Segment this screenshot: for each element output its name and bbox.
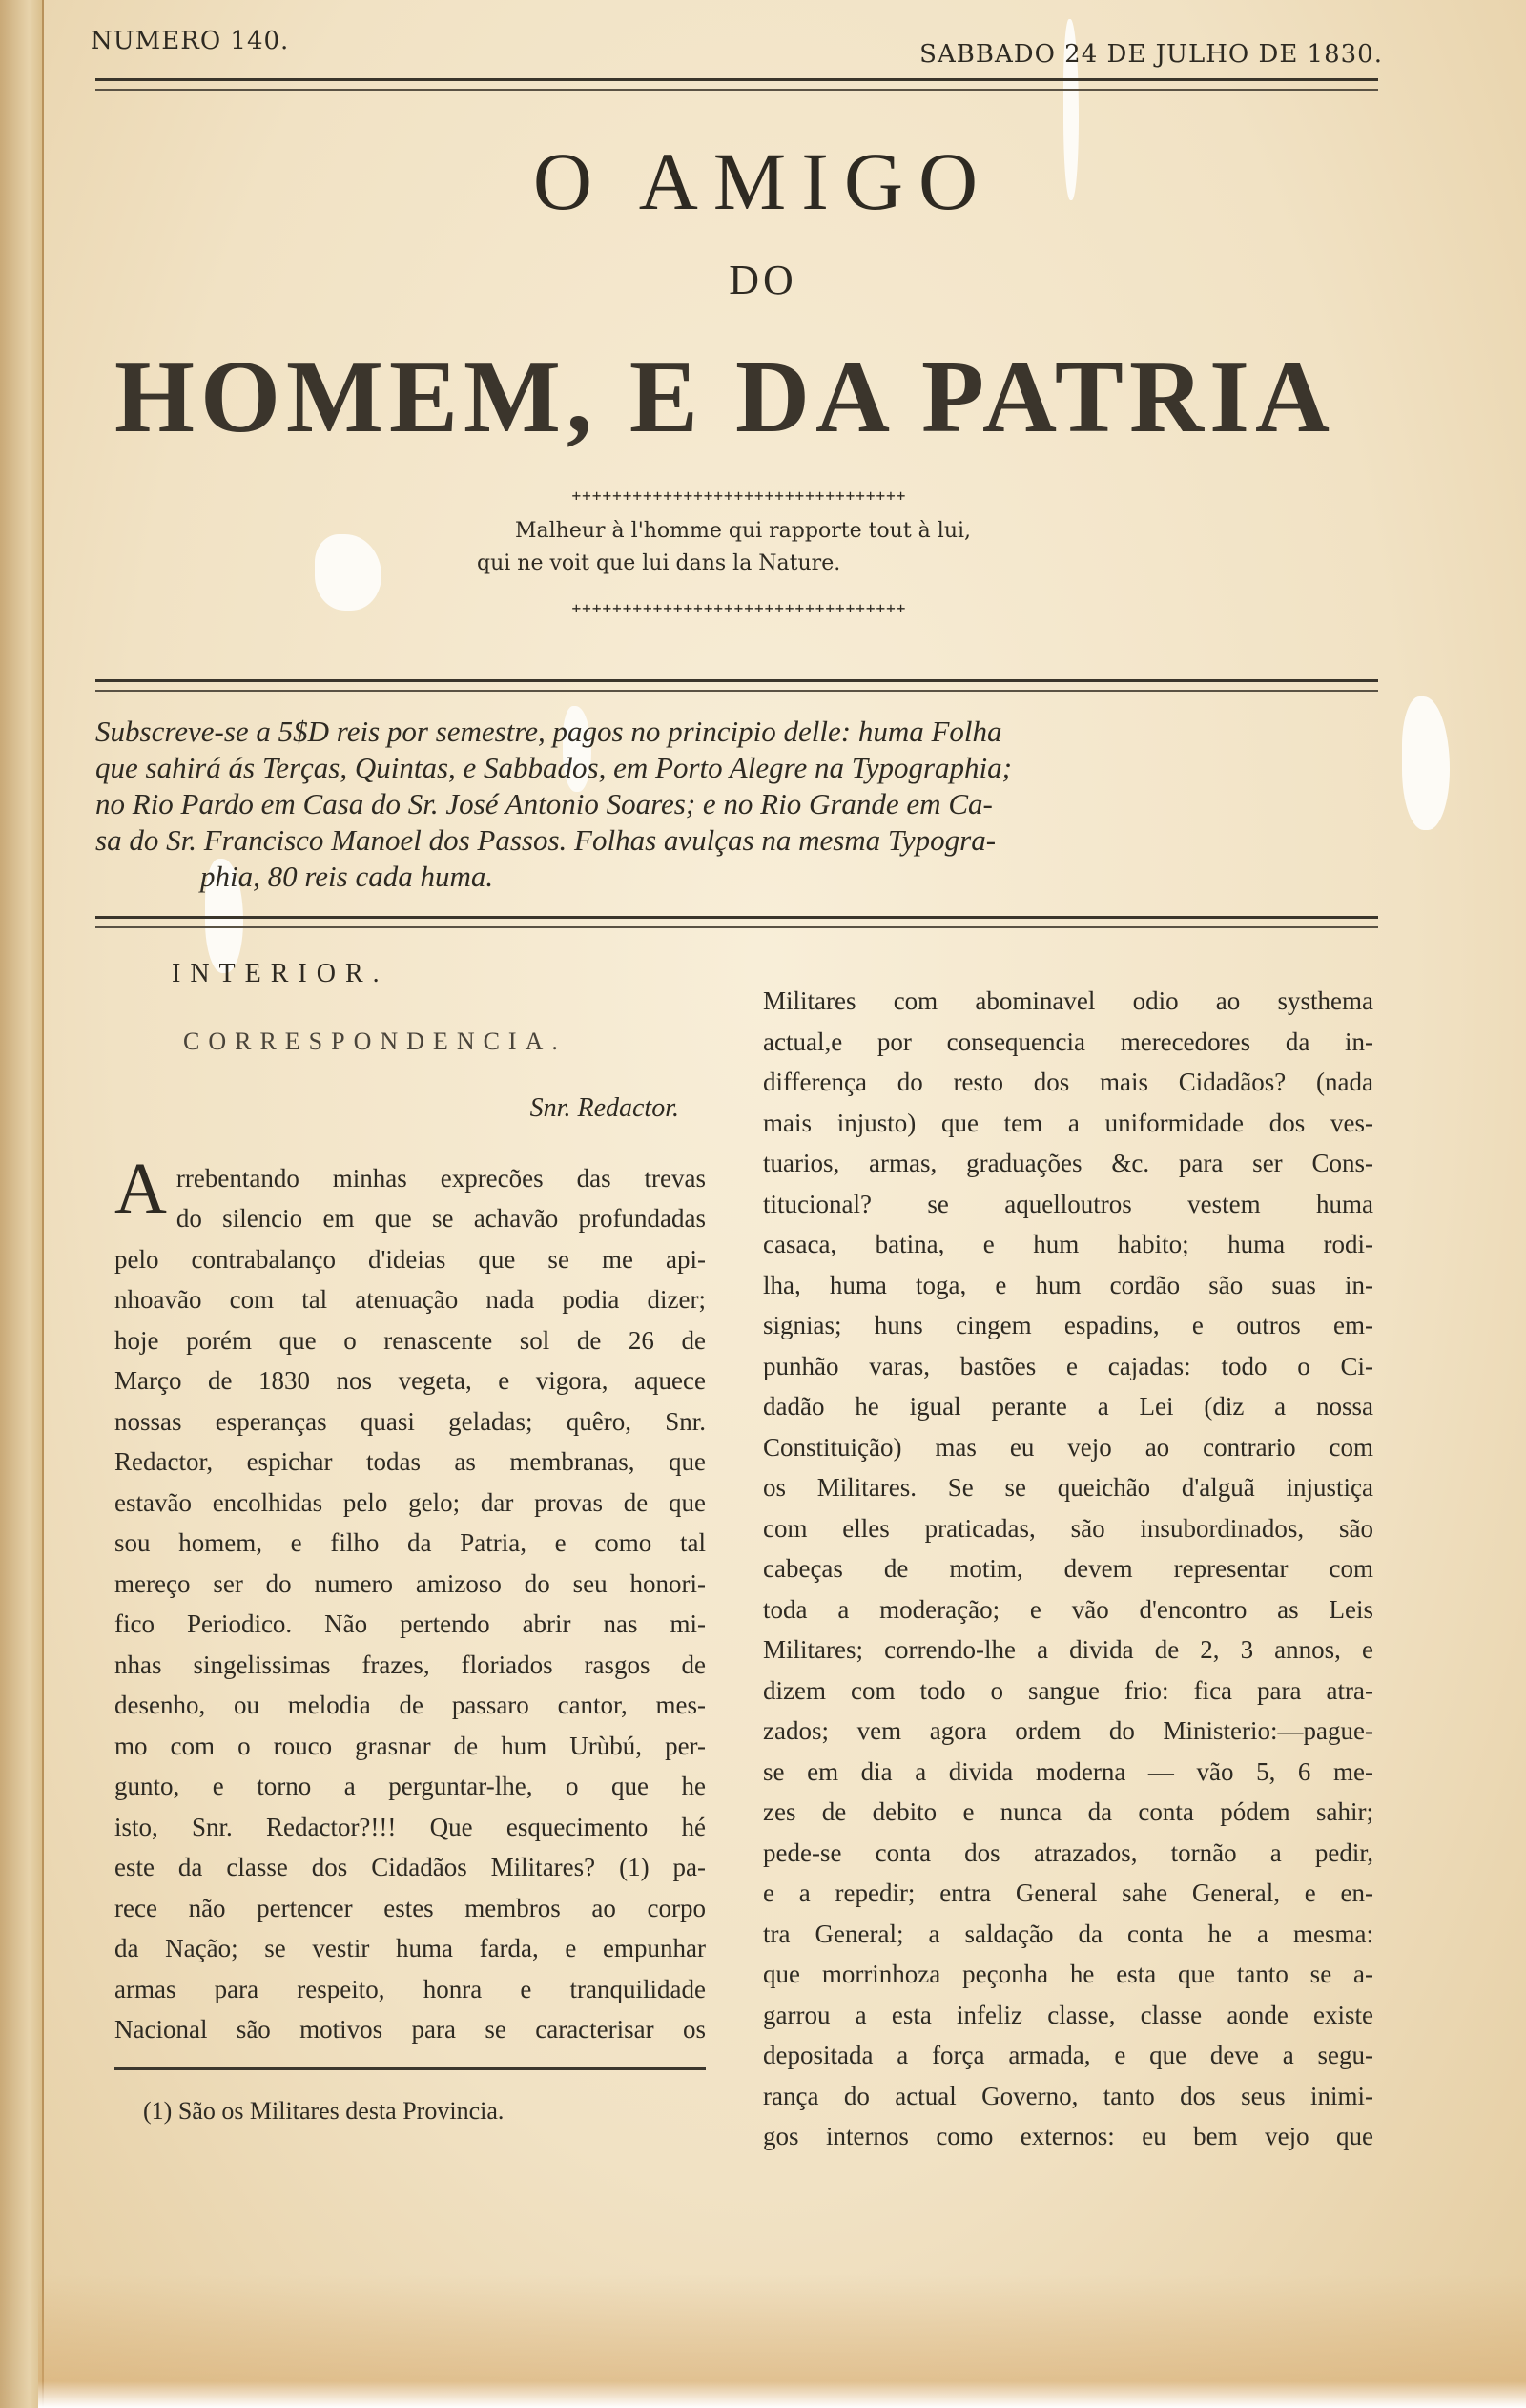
text-line: zes de debito e nunca da conta pódem sah… <box>763 1792 1373 1833</box>
salutation: Snr. Redactor. <box>114 1089 706 1130</box>
subscription-line: no Rio Pardo em Casa do Sr. José Antonio… <box>95 786 1392 822</box>
footnote: (1) São os Militares desta Provincia. <box>114 2091 706 2132</box>
drop-cap: A <box>114 1160 167 1217</box>
title-line-1: O AMIGO <box>0 134 1526 229</box>
text-line: e a repedir; entra General sahe General,… <box>763 1873 1373 1914</box>
text-line: Redactor, espichar todas as membranas, q… <box>114 1442 706 1483</box>
subscription-notice: Subscreve-se a 5$D reis por semestre, pa… <box>95 714 1392 895</box>
text-line: Constituição) mas eu vejo ao contrario c… <box>763 1427 1373 1468</box>
text-line: com elles praticadas, são insubordinados… <box>763 1508 1373 1549</box>
text-line: Nacional são motivos para se caracterisa… <box>114 2009 706 2050</box>
text-line: pede-se conta dos atrazados, tornão a pe… <box>763 1833 1373 1874</box>
issue-number: NUMERO 140. <box>91 27 289 55</box>
subscription-line: phia, 80 reis cada huma. <box>95 859 1392 895</box>
ornament-rule-bottom: +++++++++++++++++++++++++++++++++ <box>486 599 992 617</box>
text-line: da Nação; se vestir huma farda, e empunh… <box>114 1928 706 1969</box>
text-line: os Militares. Se se queichão d'alguã inj… <box>763 1467 1373 1508</box>
text-line: depositada a força armada, e que deve a … <box>763 2035 1373 2076</box>
footnote-rule <box>114 2067 706 2070</box>
text-line: armas para respeito, honra e tranquilida… <box>114 1969 706 2010</box>
text-line: Militares com abominavel odio ao systhem… <box>763 981 1373 1022</box>
text-line: rança do actual Governo, tanto dos seus … <box>763 2076 1373 2117</box>
text-line: rece não pertencer estes membros ao corp… <box>114 1888 706 1929</box>
ornament-rule-top: +++++++++++++++++++++++++++++++++ <box>486 487 992 505</box>
text-line: nossas esperanças quasi geladas; quêro, … <box>114 1401 706 1443</box>
text-line: tuarios, armas, graduações &c. para ser … <box>763 1143 1373 1184</box>
text-line: estavão encolhidas pelo gelo; dar provas… <box>114 1483 706 1524</box>
epigraph-line-1: Malheur à l'homme qui rapporte tout à lu… <box>477 515 1011 548</box>
text-line: gunto, e torno a perguntar-lhe, o que he <box>114 1766 706 1807</box>
text-line: nhas singelissimas frazes, floriados ras… <box>114 1645 706 1686</box>
text-line: lha, huma toga, e hum cordão são suas in… <box>763 1265 1373 1306</box>
text-line: nhoavão com tal atenuação nada podia diz… <box>114 1279 706 1320</box>
title-line-2: DO <box>0 256 1526 304</box>
text-line: gos internos como externos: eu bem vejo … <box>763 2116 1373 2157</box>
text-line: Março de 1830 nos vegeta, e vigora, aque… <box>114 1360 706 1401</box>
text-line: mais injusto) que tem a uniformidade dos… <box>763 1103 1373 1144</box>
text-line: zados; vem agora ordem do Ministerio:—pa… <box>763 1711 1373 1752</box>
text-line: cabeças de motim, devem representar com <box>763 1548 1373 1589</box>
text-line: mo com o rouco grasnar de hum Urùbú, per… <box>114 1726 706 1767</box>
text-line: signias; huns cingem espadins, e outros … <box>763 1305 1373 1346</box>
binding-spine <box>0 0 44 2408</box>
water-stain <box>38 2274 1526 2408</box>
subsection-heading: CORRESPONDENCIA. <box>114 1022 706 1063</box>
subscription-line: que sahirá ás Terças, Quintas, e Sabbado… <box>95 750 1392 786</box>
text-line: sou homem, e filho da Patria, e como tal <box>114 1523 706 1564</box>
subscription-top-rule <box>95 679 1378 692</box>
epigraph-line-2: qui ne voit que lui dans la Nature. <box>477 548 1011 580</box>
text-line: desenho, ou melodia de passaro cantor, m… <box>114 1685 706 1726</box>
text-line: rrebentando minhas exprecões das trevas <box>114 1158 706 1199</box>
text-line: titucional? se aquelloutros vestem huma <box>763 1184 1373 1225</box>
subscription-line: sa do Sr. Francisco Manoel dos Passos. F… <box>95 822 1392 859</box>
text-line: Militares; correndo-lhe a divida de 2, 3… <box>763 1630 1373 1671</box>
text-line: dadão he igual perante a Lei (diz a noss… <box>763 1386 1373 1427</box>
text-line: actual,e por consequencia merecedores da… <box>763 1022 1373 1063</box>
subscription-line: Subscreve-se a 5$D reis por semestre, pa… <box>95 714 1392 750</box>
section-heading: INTERIOR. <box>114 954 706 995</box>
text-line: se em dia a divida moderna — vão 5, 6 me… <box>763 1752 1373 1793</box>
subscription-bottom-rule <box>95 916 1378 928</box>
text-line: hoje porém que o renascente sol de 26 de <box>114 1320 706 1361</box>
masthead-rule <box>95 78 1378 91</box>
text-line: punhão varas, bastões e cajadas: todo o … <box>763 1346 1373 1387</box>
text-line: garrou a esta infeliz classe, classe aon… <box>763 1995 1373 2036</box>
title-line-3: HOMEM, E DA PATRIA <box>91 339 1359 457</box>
text-line: casaca, batina, e hum habito; huma rodi- <box>763 1224 1373 1265</box>
right-column: Militares com abominavel odio ao systhem… <box>763 981 1373 2157</box>
text-line: que morrinhoza peçonha he esta que tanto… <box>763 1954 1373 1995</box>
text-line: este da classe dos Cidadãos Militares? (… <box>114 1847 706 1888</box>
issue-date: SABBADO 24 DE JULHO DE 1830. <box>919 40 1383 69</box>
left-column: INTERIOR. CORRESPONDENCIA. Snr. Redactor… <box>114 954 706 2131</box>
text-line: differença do resto dos mais Cidadãos? (… <box>763 1062 1373 1103</box>
text-line: tra General; a saldação da conta he a me… <box>763 1914 1373 1955</box>
text-line: dizem com todo o sangue frio: fica para … <box>763 1671 1373 1712</box>
text-line: mereço ser do numero amizoso do seu hono… <box>114 1564 706 1605</box>
text-line: fico Periodico. Não pertendo abrir nas m… <box>114 1604 706 1645</box>
epigraph: Malheur à l'homme qui rapporte tout à lu… <box>477 515 1011 580</box>
text-line: do silencio em que se achavão profundada… <box>114 1198 706 1239</box>
text-line: toda a moderação; e vão d'encontro as Le… <box>763 1589 1373 1630</box>
text-line: isto, Snr. Redactor?!!! Que esquecimento… <box>114 1807 706 1848</box>
text-line: pelo contrabalanço d'ideias que se me ap… <box>114 1239 706 1280</box>
masthead-dateline: NUMERO 140. SABBADO 24 DE JULHO DE 1830. <box>91 27 1383 65</box>
